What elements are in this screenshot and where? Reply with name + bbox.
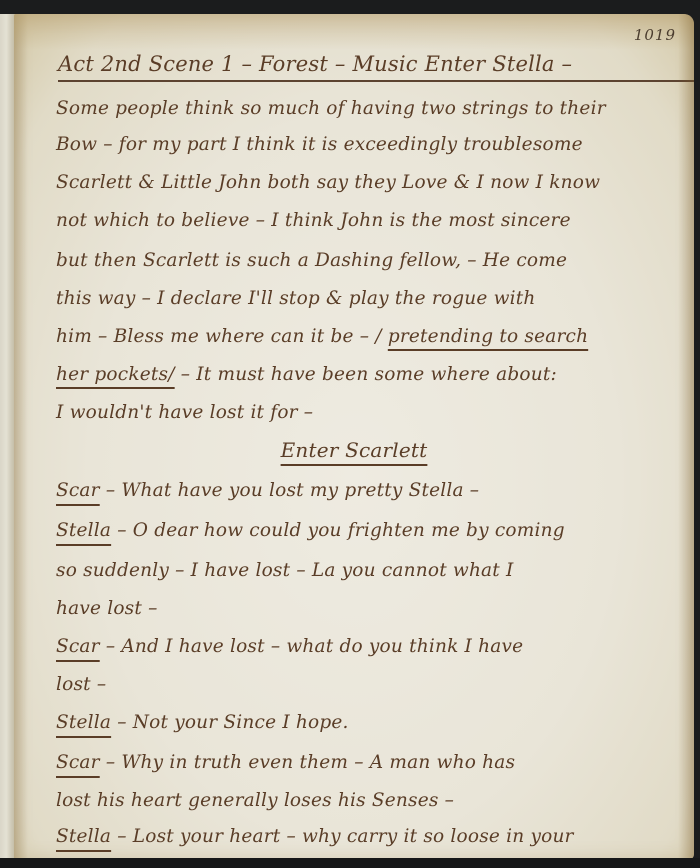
dialogue-line: Stella – Not your Since I hope. [56,712,349,733]
dialogue-text: – O dear how could you frighten me by co… [117,520,565,541]
speaker-name: Stella [56,826,111,847]
line-text: him – Bless me where can it be – / [56,326,382,347]
manuscript-page: 1019 Act 2nd Scene 1 – Forest – Music En… [14,14,694,860]
manuscript-line: lost – [56,674,106,695]
speaker-name: Scar [56,636,100,657]
manuscript-line: Some people think so much of having two … [56,98,606,119]
dialogue-line: Scar – And I have lost – what do you thi… [56,636,523,657]
speaker-name: Scar [56,752,100,773]
dialogue-line: Scar – Why in truth even them – A man wh… [56,752,515,773]
stage-direction-inline: pretending to search [388,326,588,347]
stage-direction-enter: Enter Scarlett [14,438,694,462]
manuscript-line: I wouldn't have lost it for – [56,402,313,423]
manuscript-line: not which to believe – I think John is t… [56,210,571,231]
dialogue-text: – Why in truth even them – A man who has [106,752,515,773]
dialogue-text: – And I have lost – what do you think I … [106,636,523,657]
dialogue-text: – What have you lost my pretty Stella – [106,480,479,501]
dialogue-line: Scar – What have you lost my pretty Stel… [56,480,479,501]
manuscript-line: so suddenly – I have lost – La you canno… [56,560,514,581]
manuscript-line: Scarlett & Little John both say they Lov… [56,172,600,193]
manuscript-line: have lost – [56,598,158,619]
manuscript-line: Bow – for my part I think it is exceedin… [56,134,583,155]
manuscript-line: but then Scarlett is such a Dashing fell… [56,250,567,271]
dialogue-line: Stella – O dear how could you frighten m… [56,520,565,541]
manuscript-viewer: 1019 Act 2nd Scene 1 – Forest – Music En… [0,0,700,868]
dialogue-text: – Not your Since I hope. [117,712,348,733]
manuscript-line: lost his heart generally loses his Sense… [56,790,454,811]
speaker-name: Scar [56,480,100,501]
line-text: – It must have been some where about: [181,364,557,385]
speaker-name: Stella [56,712,111,733]
speaker-name: Stella [56,520,111,541]
page-stain [14,14,694,50]
manuscript-line: her pockets/ – It must have been some wh… [56,364,557,385]
dialogue-line: Stella – Lost your heart – why carry it … [56,826,574,847]
dialogue-text: – Lost your heart – why carry it so loos… [117,826,573,847]
scene-heading: Act 2nd Scene 1 – Forest – Music Enter S… [58,52,694,82]
folio-number: 1019 [634,26,676,44]
stage-direction-inline: her pockets/ [56,364,175,385]
viewer-bottom-border [0,858,700,868]
manuscript-line: this way – I declare I'll stop & play th… [56,288,536,309]
manuscript-line: him – Bless me where can it be – / prete… [56,326,588,347]
